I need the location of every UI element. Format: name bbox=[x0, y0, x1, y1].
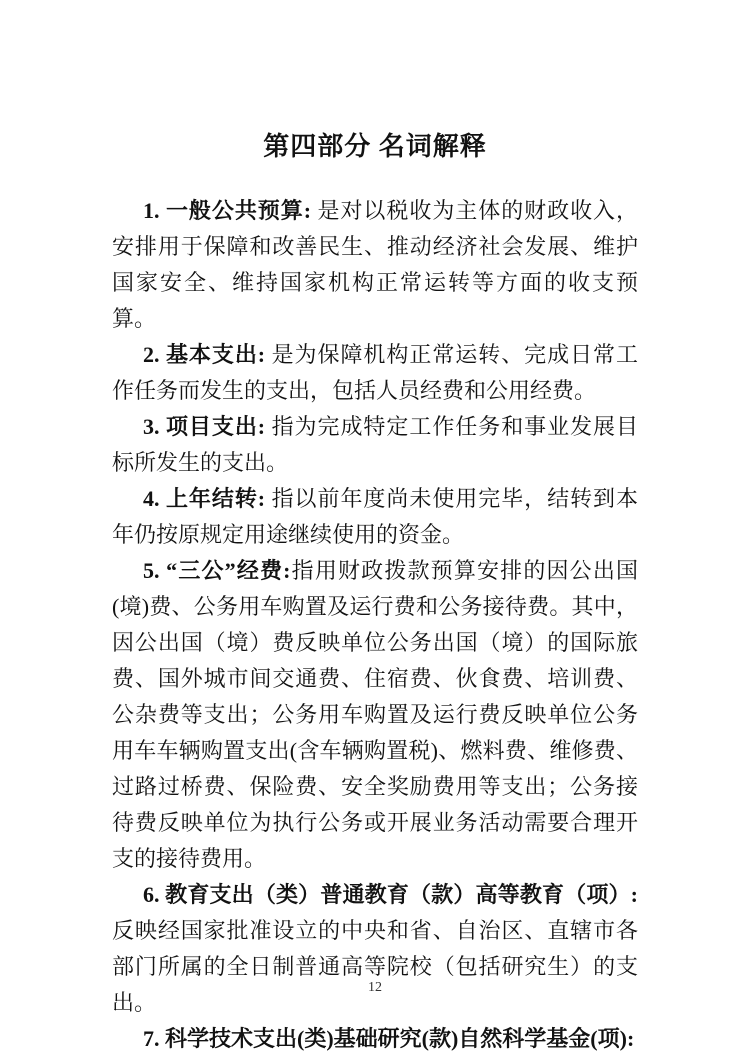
page-title: 第四部分 名词解释 bbox=[0, 0, 750, 166]
term-definition: 反映经国家批准设立的中央和省、自治区、直辖市各部门所属的全日制普通高等院校（包括… bbox=[112, 918, 638, 1015]
term-label: 3. 项目支出: bbox=[143, 414, 272, 439]
term-label: 6. 教育支出（类）普通教育（款）高等教育（项）: bbox=[143, 882, 638, 907]
term-label: 4. 上年结转: bbox=[143, 486, 272, 511]
document-body: 1. 一般公共预算: 是对以税收为主体的财政收入，安排用于保障和改善民生、推动经… bbox=[112, 193, 638, 1057]
definition-paragraph: 6. 教育支出（类）普通教育（款）高等教育（项）: 反映经国家批准设立的中央和省… bbox=[112, 877, 638, 1021]
definition-paragraph: 3. 项目支出: 指为完成特定工作任务和事业发展目标所发生的支出。 bbox=[112, 409, 638, 481]
definition-paragraph: 1. 一般公共预算: 是对以税收为主体的财政收入，安排用于保障和改善民生、推动经… bbox=[112, 193, 638, 337]
term-label: 2. 基本支出: bbox=[143, 342, 272, 367]
term-definition: 指用财政拨款预算安排的因公出国(境)费、公务用车购置及运行费和公务接待费。其中，… bbox=[112, 558, 638, 871]
definition-paragraph: 4. 上年结转: 指以前年度尚未使用完毕，结转到本年仍按原规定用途继续使用的资金… bbox=[112, 481, 638, 553]
document-page: 第四部分 名词解释 1. 一般公共预算: 是对以税收为主体的财政收入，安排用于保… bbox=[0, 0, 750, 1061]
definition-paragraph: 2. 基本支出: 是为保障机构正常运转、完成日常工作任务而发生的支出，包括人员经… bbox=[112, 337, 638, 409]
definition-paragraph: 5. “三公”经费:指用财政拨款预算安排的因公出国(境)费、公务用车购置及运行费… bbox=[112, 553, 638, 877]
term-label: 7. 科学技术支出(类)基础研究(款)自然科学基金(项): bbox=[143, 1026, 634, 1051]
page-number: 12 bbox=[0, 980, 750, 996]
definition-paragraph: 7. 科学技术支出(类)基础研究(款)自然科学基金(项): bbox=[112, 1021, 638, 1057]
term-label: 1. 一般公共预算: bbox=[143, 198, 318, 223]
term-label: 5. “三公”经费: bbox=[143, 558, 291, 583]
